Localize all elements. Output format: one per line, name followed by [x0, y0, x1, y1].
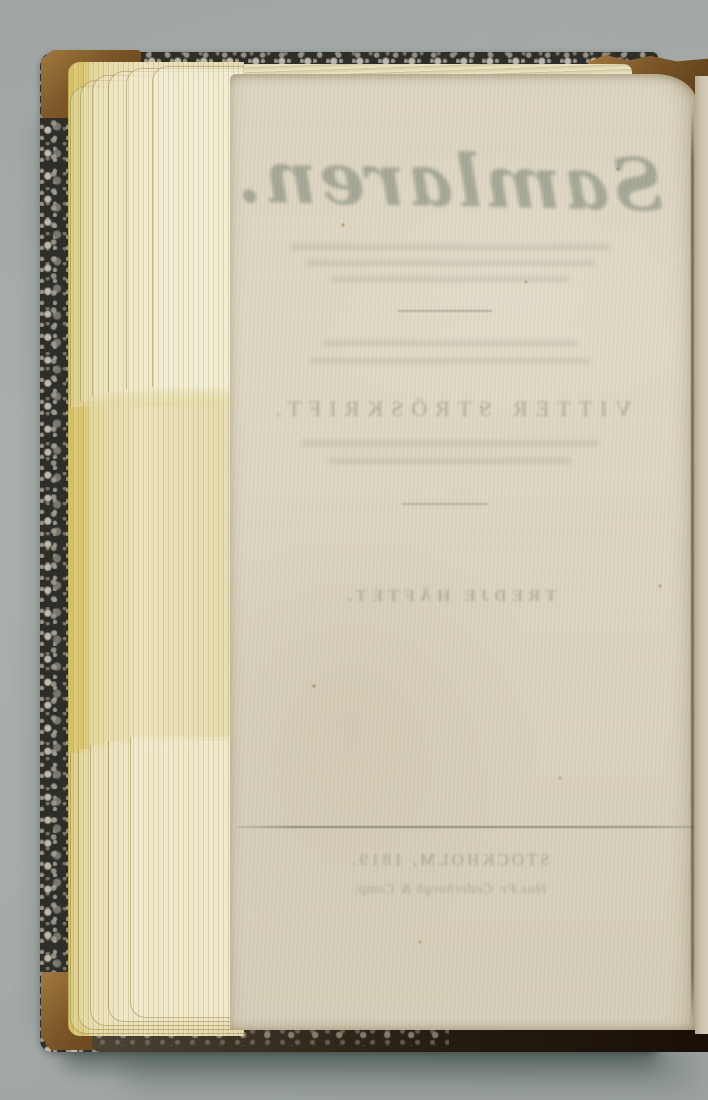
gutter-crease — [691, 104, 694, 1030]
bleedthrough-subtitle: VITTER STRÖSKRIFT. — [230, 396, 669, 422]
sheet-corner — [70, 753, 244, 1034]
bleedthrough-faint-line — [290, 244, 610, 250]
photo-scene: Samlaren. VITTER STRÖSKRIFT. TREDJE HÄFT… — [0, 0, 708, 1100]
sheet-corner — [108, 71, 244, 392]
bleedthrough-imprint-city: STOCKHOLM, 1819. — [230, 850, 669, 870]
bleedthrough-faint-line — [309, 358, 591, 364]
sheet-corner — [70, 86, 244, 407]
facing-page-sliver — [695, 76, 708, 1034]
bleedthrough-faint-line — [328, 458, 572, 464]
sheet-corner — [130, 737, 244, 1018]
bleedthrough-issue: TREDJE HÄFTET. — [230, 586, 669, 606]
page-fore-edges — [68, 62, 244, 1036]
sheet-corner — [90, 745, 244, 1026]
sheet-corner — [80, 80, 244, 401]
blank-page: Samlaren. VITTER STRÖSKRIFT. TREDJE HÄFT… — [230, 74, 697, 1030]
bleedthrough-title: Samlaren. — [229, 133, 670, 227]
bleedthrough-faint-line — [301, 440, 599, 446]
sheet-corner — [108, 741, 244, 1022]
bleedthrough-divider — [398, 310, 492, 312]
sheet-corner — [92, 75, 244, 396]
bleedthrough-divider — [402, 503, 488, 505]
bleedthrough-faint-line — [331, 276, 569, 282]
sheet-corner — [78, 749, 244, 1030]
bleedthrough-rule — [238, 826, 697, 828]
sheet-corner — [126, 68, 244, 389]
bleedthrough-imprint-publisher: Hos Fr. Cederborgh & Comp. — [230, 882, 669, 898]
bleedthrough-faint-line — [322, 340, 578, 346]
bleedthrough-faint-line — [305, 260, 595, 266]
